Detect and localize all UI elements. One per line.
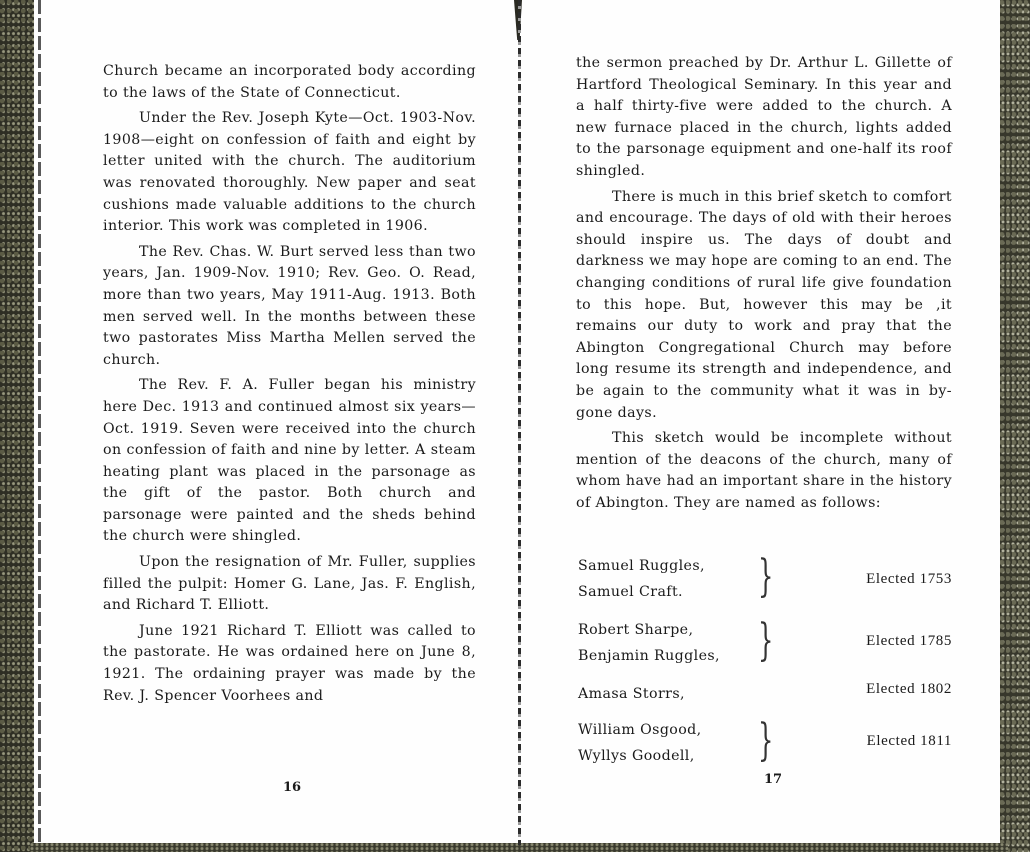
page-edge-line <box>38 0 41 852</box>
paragraph: Under the Rev. Joseph Kyte—Oct. 1903-Nov… <box>103 108 476 238</box>
elected-year: Elected 1802 <box>866 681 952 698</box>
paragraph: The Rev. F. A. Fuller began his ministry… <box>103 375 476 548</box>
book-edge-right <box>1000 0 1030 852</box>
deacon-group: Robert Sharpe, Benjamin Ruggles, } Elect… <box>578 617 954 669</box>
book-edge-left <box>0 0 34 852</box>
left-page-text: Church became an incorporated body accor… <box>103 61 476 707</box>
brace-icon: } <box>758 619 774 663</box>
deacon-group: Amasa Storrs, Elected 1802 <box>578 681 954 707</box>
paragraph: Upon the resignation of Mr. Fuller, supp… <box>103 552 476 617</box>
brace-icon: } <box>758 719 774 763</box>
paragraph: June 1921 Richard T. Elliott was called … <box>103 621 476 707</box>
deacon-group: Samuel Ruggles, Samuel Craft. } Elected … <box>578 553 954 605</box>
brace-icon: } <box>758 555 774 599</box>
paragraph: Church became an incorporated body accor… <box>103 61 476 104</box>
paragraph: The Rev. Chas. W. Burt served less than … <box>103 242 476 372</box>
book-gutter <box>518 0 521 845</box>
paragraph: There is much in this brief sketch to co… <box>576 187 952 425</box>
elected-year: Elected 1753 <box>866 571 952 588</box>
paragraph: This sketch would be incomplete without … <box>576 428 952 514</box>
page-number-left: 16 <box>283 780 301 795</box>
page-number-right: 17 <box>764 772 782 787</box>
deacon-group: William Osgood, Wyllys Goodell, } Electe… <box>578 717 954 769</box>
right-page-text: the sermon preached by Dr. Arthur L. Gil… <box>576 53 952 514</box>
elected-year: Elected 1811 <box>867 733 952 750</box>
elected-year: Elected 1785 <box>866 633 952 650</box>
paragraph: the sermon preached by Dr. Arthur L. Gil… <box>576 53 952 183</box>
